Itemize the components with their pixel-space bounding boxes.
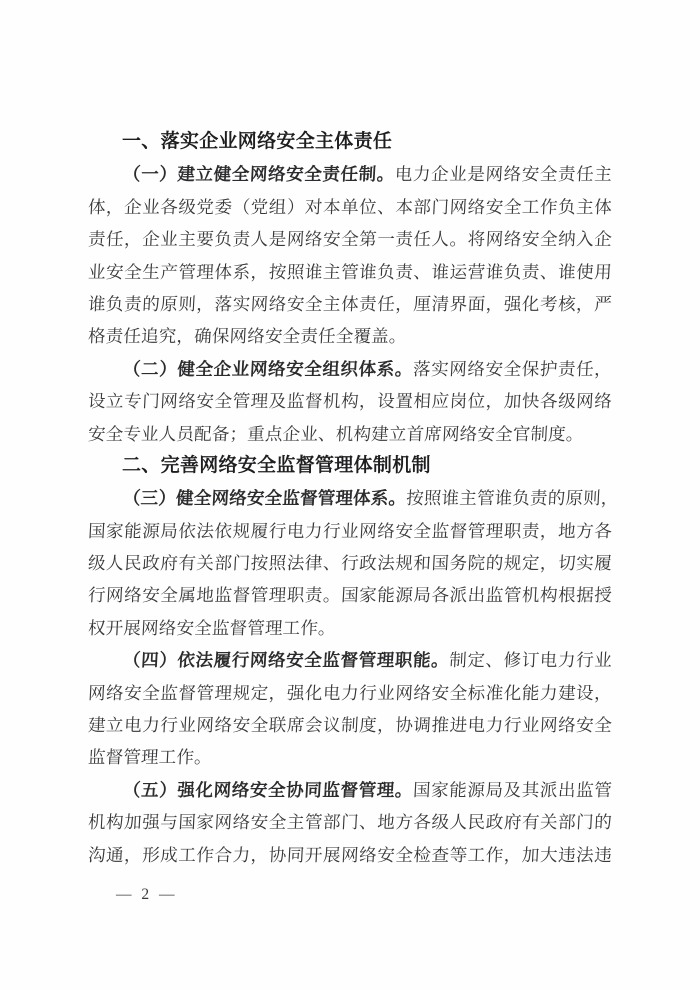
paragraph-lead: （一）建立健全网络安全责任制。: [122, 164, 395, 184]
document-body: 一、落实企业网络安全主体责任（一）建立健全网络安全责任制。电力企业是网络安全责任…: [88, 126, 612, 871]
text-line: 设立专门网络安全管理及监督机构，设置相应岗位，加快各级网络: [87, 385, 613, 417]
text-line: （三）健全网络安全监督管理体系。按照谁主管谁负责的原则，: [87, 482, 613, 514]
text-line: （五）强化网络安全协同监督管理。国家能源局及其派出监管: [87, 774, 613, 806]
text-line: 责任，企业主要负责人是网络安全第一责任人。将网络安全纳入企: [87, 223, 613, 255]
text-line: （二）健全企业网络安全组织体系。落实网络安全保护责任，: [87, 353, 613, 385]
text-line: 安全专业人员配备；重点企业、机构建立首席网络安全官制度。: [87, 418, 613, 450]
text-line: 建立电力行业网络安全联席会议制度，协调推进电力行业网络安全: [87, 709, 613, 741]
text-line: （一）建立健全网络安全责任制。电力企业是网络安全责任主: [87, 158, 613, 190]
paragraph-lead: （二）健全企业网络安全组织体系。: [122, 359, 413, 379]
text-line: 沟通，形成工作合力，协同开展网络安全检查等工作，加大违法违: [87, 839, 613, 871]
paragraph-lead: （三）健全网络安全监督管理体系。: [122, 488, 406, 508]
text-line: 行网络安全属地监督管理职责。国家能源局各派出监管机构根据授: [87, 579, 613, 611]
text-line: 国家能源局依法依规履行电力行业网络安全监督管理职责，地方各: [87, 515, 613, 547]
page-number: — 2 —: [116, 886, 178, 904]
text-line: 业安全生产管理体系，按照谁主管谁负责、谁运营谁负责、谁使用: [87, 256, 613, 288]
text-line: 级人民政府有关部门按照法律、行政法规和国务院的规定，切实履: [87, 547, 613, 579]
document-page: 一、落实企业网络安全主体责任（一）建立健全网络安全责任制。电力企业是网络安全责任…: [0, 0, 700, 990]
section-heading: 一、落实企业网络安全主体责任: [88, 126, 612, 158]
text-line: 监督管理工作。: [87, 741, 613, 773]
text-line: 体，企业各级党委（党组）对本单位、本部门网络安全工作负主体: [87, 191, 613, 223]
text-line: 格责任追究，确保网络安全责任全覆盖。: [87, 320, 613, 352]
text-line: 谁负责的原则，落实网络安全主体责任，厘清界面，强化考核，严: [87, 288, 613, 320]
text-line: 机构加强与国家网络安全主管部门、地方各级人民政府有关部门的: [87, 806, 613, 838]
text-line: （四）依法履行网络安全监督管理职能。制定、修订电力行业: [87, 644, 613, 676]
section-heading: 二、完善网络安全监督管理体制机制: [88, 450, 612, 482]
paragraph-lead: （四）依法履行网络安全监督管理职能。: [122, 650, 449, 670]
paragraph-lead: （五）强化网络安全协同监督管理。: [122, 780, 413, 800]
text-line: 权开展网络安全监督管理工作。: [87, 612, 613, 644]
text-line: 网络安全监督管理规定，强化电力行业网络安全标准化能力建设，: [87, 677, 613, 709]
